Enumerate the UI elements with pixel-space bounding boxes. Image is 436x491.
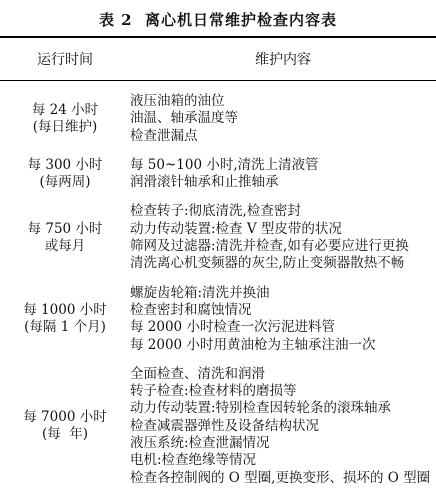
maintenance-item: 油温、轴承温度等 [130,110,436,127]
time-label: 每 7000 小时 [0,409,130,426]
document-page: 表 2 离心机日常维护检查内容表 运行时间 维护内容 每 24 小时 (每日维护… [0,0,436,491]
content-cell: 每 50~100 小时,清洗上清液管 润滑滚针轴承和止推轴承 [130,157,436,192]
maintenance-item: 检查密封和腐蚀情况 [130,302,436,319]
time-cell: 每 750 小时 或每月 [0,221,130,256]
time-label: 每 24 小时 [0,102,130,119]
time-label: 每 300 小时 [0,157,130,174]
maintenance-item: 全面检查、清洗和润滑 [130,366,436,383]
time-sublabel: (每日维护) [0,119,130,136]
maintenance-item: 转子检查:检查材料的磨损等 [130,383,436,400]
maintenance-item: 每 2000 小时用黄油枪为主轴承注油一次 [130,337,436,354]
table-row-1000h: 每 1000 小时 (每隔 1 个月) 螺旋齿轮箱:清洗并换油 检查密封和腐蚀情… [0,285,436,354]
maintenance-item: 每 50~100 小时,清洗上清液管 [130,157,436,174]
maintenance-item: 螺旋齿轮箱:清洗并换油 [130,285,436,302]
time-label: 每 1000 小时 [0,302,130,319]
time-sublabel: 或每月 [0,238,130,255]
content-cell: 全面检查、清洗和润滑 转子检查:检查材料的磨损等 动力传动装置:特别检查因转轮条… [130,366,436,487]
table-header-row: 运行时间 维护内容 [0,38,436,81]
time-cell: 每 300 小时 (每两周) [0,157,130,192]
content-cell: 螺旋齿轮箱:清洗并换油 检查密封和腐蚀情况 每 2000 小时检查一次污泥进料管… [130,285,436,354]
column-header-maintenance-content: 维护内容 [130,49,436,69]
maintenance-item: 动力传动装置:检查 V 型皮带的状况 [130,221,436,238]
table-row-300h: 每 300 小时 (每两周) 每 50~100 小时,清洗上清液管 润滑滚针轴承… [0,157,436,192]
maintenance-item: 液压系统:检查泄漏情况 [130,435,436,452]
column-header-operating-time: 运行时间 [0,49,130,69]
time-cell: 每 7000 小时 (每 年) [0,409,130,444]
content-cell: 检查转子:彻底清洗,检查密封 动力传动装置:检查 V 型皮带的状况 筛网及过滤器… [130,203,436,272]
table-row-24h: 每 24 小时 (每日维护) 液压油箱的油位 油温、轴承温度等 检查泄漏点 [0,93,436,145]
content-cell: 液压油箱的油位 油温、轴承温度等 检查泄漏点 [130,93,436,145]
time-sublabel: (每两周) [0,174,130,191]
maintenance-item: 动力传动装置:特别检查因转轮条的滚珠轴承 [130,400,436,417]
table-body: 每 24 小时 (每日维护) 液压油箱的油位 油温、轴承温度等 检查泄漏点 每 … [0,81,436,487]
maintenance-item: 检查减震器弹性及设备结构状况 [130,418,436,435]
maintenance-item: 每 2000 小时检查一次污泥进料管 [130,319,436,336]
table-row-7000h: 每 7000 小时 (每 年) 全面检查、清洗和润滑 转子检查:检查材料的磨损等… [0,366,436,487]
time-sublabel: (每隔 1 个月) [0,319,130,336]
time-cell: 每 1000 小时 (每隔 1 个月) [0,302,130,337]
time-sublabel: (每 年) [0,426,130,443]
maintenance-item: 润滑滚针轴承和止推轴承 [130,174,436,191]
time-label: 每 750 小时 [0,221,130,238]
time-cell: 每 24 小时 (每日维护) [0,102,130,137]
maintenance-item: 液压油箱的油位 [130,93,436,110]
maintenance-item: 检查泄漏点 [130,128,436,145]
table-row-750h: 每 750 小时 或每月 检查转子:彻底清洗,检查密封 动力传动装置:检查 V … [0,203,436,272]
maintenance-table: 运行时间 维护内容 每 24 小时 (每日维护) 液压油箱的油位 油温、轴承温度… [0,36,436,487]
maintenance-item: 检查各控制阀的 O 型圈,更换变形、损坏的 O 型圈 [130,470,436,487]
maintenance-item: 清洗离心机变频器的灰尘,防止变频器散热不畅 [130,255,436,272]
maintenance-item: 检查转子:彻底清洗,检查密封 [130,203,436,220]
maintenance-item: 筛网及过滤器:清洗并检查,如有必要应进行更换 [130,238,436,255]
table-title: 表 2 离心机日常维护检查内容表 [0,0,436,36]
maintenance-item: 电机:检查绝缘等情况 [130,452,436,469]
